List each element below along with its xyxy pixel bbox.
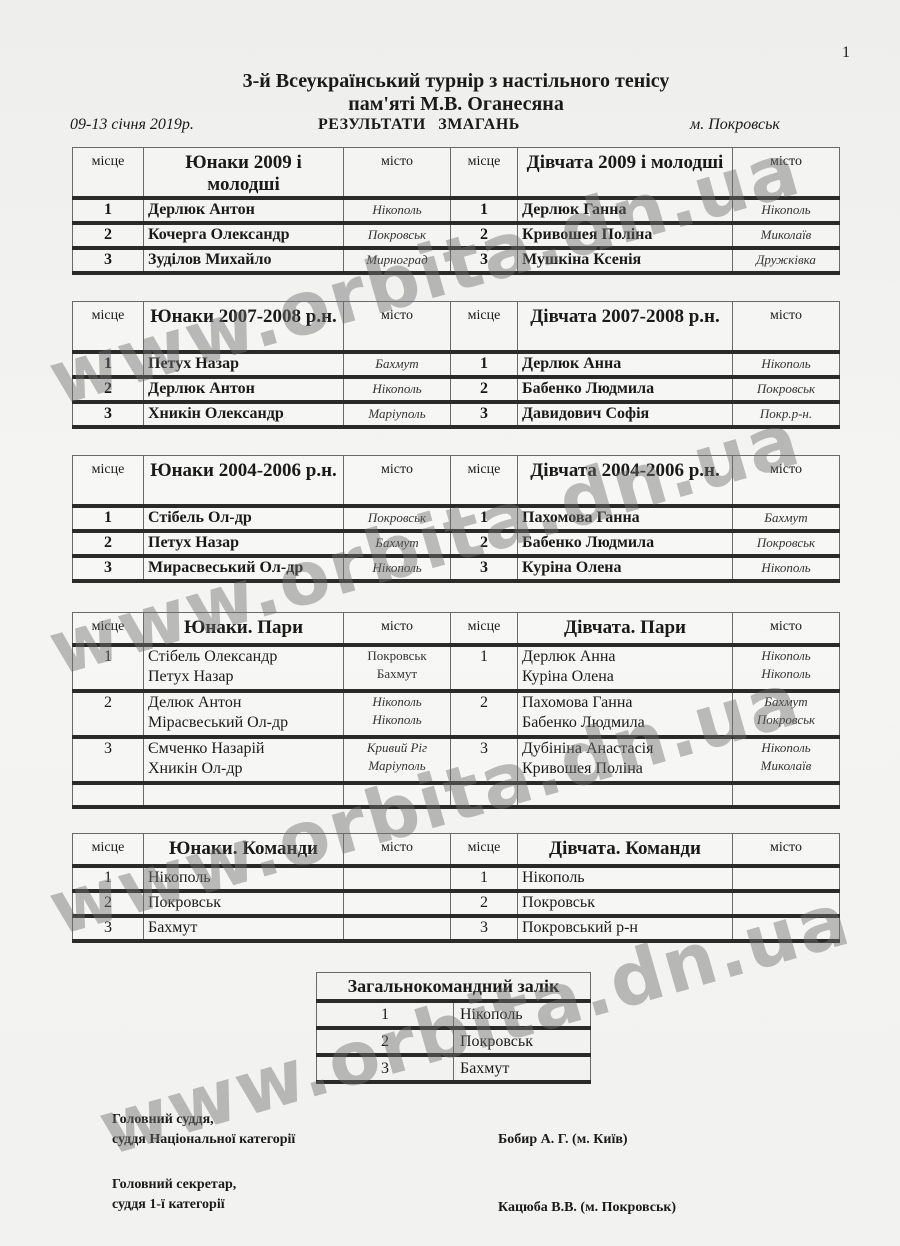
pair-names: Делюк АнтонМірасвеський Ол-др [144,691,344,737]
secretary-role: Головний секретар, суддя 1-ї категорії [112,1175,236,1215]
player-city: Маріуполь [348,757,446,775]
boys-category: Юнаки 2004-2006 р.н. [144,456,344,507]
team-city [344,866,451,891]
pair-cities: НікопольНікополь [733,645,840,691]
place: 3 [451,248,518,273]
place: 3 [73,248,144,273]
girls-category: Дівчата 2004-2006 р.н. [518,456,733,507]
place: 1 [451,645,518,691]
chief-judge-role: Головний суддя, суддя Національної катег… [112,1110,295,1150]
place: 3 [451,737,518,783]
results-table-2007-2008: місце Юнаки 2007-2008 р.н. місто місце Д… [72,301,840,429]
header-info: 09-13 січня 2019р. РЕЗУЛЬТАТИ ЗМАГАНЬ м.… [0,116,900,136]
col-city: місто [344,148,451,199]
place: 2 [73,223,144,248]
player-city: Нікополь [348,693,446,711]
col-city: місто [344,834,451,867]
team-name: Покровськ [518,891,733,916]
boys-category: Юнаки. Команди [144,834,344,867]
player-city: Мирноград [344,248,451,273]
place: 3 [451,556,518,581]
player-name: Куріна Олена [518,556,733,581]
player-city: Покровськ [344,506,451,531]
player-name: Давидович Софія [518,402,733,427]
document-title: 3-й Всеукраїнський турнір з настільного … [6,70,900,93]
player-city: Нікополь [344,198,451,223]
player-city: Дружківка [733,248,840,273]
place: 3 [73,916,144,941]
secretary-name: Кацюба В.В. (м. Покровськ) [498,1198,676,1218]
document-subtitle: пам'яті М.В. Оганесяна [6,93,900,116]
player-name: Дубініна Анастасія [522,739,728,759]
pair-names: Дерлюк АннаКуріна Олена [518,645,733,691]
player-city: Покровськ [737,711,835,729]
place: 3 [73,402,144,427]
place: 2 [451,531,518,556]
place: 1 [73,352,144,377]
player-city: Нікополь [348,711,446,729]
player-name: Пахомова Ганна [522,693,728,713]
place: 3 [317,1055,454,1082]
table-row: 3 Бахмут 3 Покровський р-н [73,916,840,941]
results-table-2009: місце Юнаки 2009 і молодші місто місце Д… [72,147,840,275]
table-row: 1 Стібель Ол-др Покровськ 1 Пахомова Ган… [73,506,840,531]
table-row: 2 Покровськ [317,1028,591,1055]
player-city: Миколаїв [733,223,840,248]
col-place: місце [73,302,144,353]
place: 1 [73,866,144,891]
place: 2 [317,1028,454,1055]
place: 2 [73,691,144,737]
chief-judge-name: Бобир А. Г. (м. Київ) [498,1130,628,1150]
col-city: місто [733,456,840,507]
team-city [733,916,840,941]
pair-names: Стібель ОлександрПетух Назар [144,645,344,691]
player-name: Мирасвеський Ол-др [144,556,344,581]
table-row: 1 Нікополь 1 Нікополь [73,866,840,891]
player-city: Нікополь [733,198,840,223]
place: 3 [451,402,518,427]
team-name: Покровськ [454,1028,591,1055]
pair-names: Дубініна АнастасіяКривошея Поліна [518,737,733,783]
player-city: Покровськ [733,531,840,556]
table-row: 3 Зуділов Михайло Мирноград 3 Мушкіна Кс… [73,248,840,273]
event-city: м. Покровськ [690,116,780,134]
col-place: місце [451,456,518,507]
table-row: 1 Петух Назар Бахмут 1 Дерлюк Анна Нікоп… [73,352,840,377]
pair-names: Ємченко НазарійХникін Ол-др [144,737,344,783]
col-place: місце [73,456,144,507]
player-name: Пахомова Ганна [518,506,733,531]
player-name: Мушкіна Ксенія [518,248,733,273]
player-name: Петух Назар [148,667,339,687]
table-row: 2 Покровськ 2 Покровськ [73,891,840,916]
place: 2 [451,691,518,737]
player-name: Бабенко Людмила [518,377,733,402]
table-row: 3 Хникін Олександр Маріуполь 3 Давидович… [73,402,840,427]
table-row: 1 Дерлюк Антон Нікополь 1 Дерлюк Ганна Н… [73,198,840,223]
results-table-2004-2006: місце Юнаки 2004-2006 р.н. місто місце Д… [72,455,840,583]
table-row: 2 Делюк АнтонМірасвеський Ол-др Нікополь… [73,691,840,737]
pair-cities: Кривий РігМаріуполь [344,737,451,783]
pair-names: Пахомова ГаннаБабенко Людмила [518,691,733,737]
pair-cities: НікопольМиколаїв [733,737,840,783]
col-place: місце [451,613,518,646]
player-city: Нікополь [737,665,835,683]
place: 3 [451,916,518,941]
player-city: Покровськ [344,223,451,248]
place: 1 [451,866,518,891]
player-name: Дерлюк Антон [144,198,344,223]
results-table-teams: місце Юнаки. Команди місто місце Дівчата… [72,833,840,943]
empty-row [73,783,840,807]
place: 1 [73,506,144,531]
overall-team-standings: Загальнокомандний залік 1 Нікополь 2 Пок… [316,972,591,1084]
table-row: 3 Ємченко НазарійХникін Ол-др Кривий Ріг… [73,737,840,783]
player-name: Бабенко Людмила [522,713,728,733]
team-name: Бахмут [144,916,344,941]
col-place: місце [73,834,144,867]
boys-category: Юнаки 2007-2008 р.н. [144,302,344,353]
place: 2 [451,223,518,248]
boys-category: Юнаки. Пари [144,613,344,646]
table-row: 2 Дерлюк Антон Нікополь 2 Бабенко Людмил… [73,377,840,402]
player-city: Бахмут [344,352,451,377]
pair-cities: ПокровськБахмут [344,645,451,691]
col-place: місце [73,148,144,199]
table-row: 2 Петух Назар Бахмут 2 Бабенко Людмила П… [73,531,840,556]
player-name: Дерлюк Анна [518,352,733,377]
player-city: Бахмут [344,531,451,556]
player-name: Кривошея Поліна [522,759,728,779]
event-date: 09-13 січня 2019р. [70,116,194,134]
overall-title: Загальнокомандний залік [317,973,591,1002]
girls-category: Дівчата 2009 і молодші [518,148,733,199]
col-place: місце [451,148,518,199]
player-city: Нікополь [344,377,451,402]
player-city: Нікополь [733,352,840,377]
team-city [344,891,451,916]
player-city: Нікополь [733,556,840,581]
role-line: суддя Національної категорії [112,1130,295,1150]
place: 1 [73,198,144,223]
pair-cities: БахмутПокровськ [733,691,840,737]
player-name: Дерлюк Ганна [518,198,733,223]
col-city: місто [733,148,840,199]
results-document: 1 3-й Всеукраїнський турнір з настільног… [0,0,900,1246]
player-city: Бахмут [737,693,835,711]
player-city: Покровськ [348,647,446,665]
col-place: місце [451,834,518,867]
team-name: Покровськ [144,891,344,916]
col-city: місто [733,834,840,867]
table-row: 1 Нікополь [317,1001,591,1028]
player-name: Ємченко Назарій [148,739,339,759]
team-city [733,891,840,916]
place: 3 [73,737,144,783]
player-name: Куріна Олена [522,667,728,687]
player-city: Маріуполь [344,402,451,427]
player-name: Стібель Олександр [148,647,339,667]
col-city: місто [733,613,840,646]
player-name: Делюк Антон [148,693,339,713]
team-city [733,866,840,891]
player-name: Мірасвеський Ол-др [148,713,339,733]
col-city: місто [344,302,451,353]
col-city: місто [344,613,451,646]
role-line: суддя 1-ї категорії [112,1195,236,1215]
team-name: Покровський р-н [518,916,733,941]
col-place: місце [73,613,144,646]
girls-category: Дівчата. Команди [518,834,733,867]
player-name: Петух Назар [144,352,344,377]
team-name: Нікополь [454,1001,591,1028]
player-name: Дерлюк Анна [522,647,728,667]
player-city: Нікополь [737,739,835,757]
team-city [344,916,451,941]
player-name: Хникін Олександр [144,402,344,427]
player-city: Кривий Ріг [348,739,446,757]
place: 2 [73,531,144,556]
player-city: Бахмут [733,506,840,531]
place: 2 [73,377,144,402]
player-name: Зуділов Михайло [144,248,344,273]
boys-category: Юнаки 2009 і молодші [144,148,344,199]
role-line: Головний секретар, [112,1175,236,1195]
pair-cities: НікопольНікополь [344,691,451,737]
player-name: Стібель Ол-др [144,506,344,531]
player-name: Кривошея Поліна [518,223,733,248]
player-name: Хникін Ол-др [148,759,339,779]
player-city: Бахмут [348,665,446,683]
team-name: Бахмут [454,1055,591,1082]
team-name: Нікополь [518,866,733,891]
player-city: Миколаїв [737,757,835,775]
place: 2 [451,891,518,916]
table-row: 1 Стібель ОлександрПетух Назар Покровськ… [73,645,840,691]
col-city: місто [733,302,840,353]
col-city: місто [344,456,451,507]
player-city: Нікополь [344,556,451,581]
table-row: 3 Бахмут [317,1055,591,1082]
col-place: місце [451,302,518,353]
girls-category: Дівчата 2007-2008 р.н. [518,302,733,353]
player-name: Кочерга Олександр [144,223,344,248]
results-table-pairs: місце Юнаки. Пари місто місце Дівчата. П… [72,612,840,809]
girls-category: Дівчата. Пари [518,613,733,646]
player-name: Петух Назар [144,531,344,556]
table-row: 2 Кочерга Олександр Покровськ 2 Кривошея… [73,223,840,248]
player-city: Покр.р-н. [733,402,840,427]
place: 1 [451,352,518,377]
place: 1 [451,506,518,531]
place: 2 [73,891,144,916]
place: 2 [451,377,518,402]
place: 3 [73,556,144,581]
place: 1 [451,198,518,223]
player-name: Дерлюк Антон [144,377,344,402]
role-line: Головний суддя, [112,1110,295,1130]
table-row: 3 Мирасвеський Ол-др Нікополь 3 Куріна О… [73,556,840,581]
player-city: Покровськ [733,377,840,402]
results-heading: РЕЗУЛЬТАТИ ЗМАГАНЬ [318,116,520,134]
page-number: 1 [842,44,850,62]
place: 1 [73,645,144,691]
player-name: Бабенко Людмила [518,531,733,556]
team-name: Нікополь [144,866,344,891]
place: 1 [317,1001,454,1028]
player-city: Нікополь [737,647,835,665]
